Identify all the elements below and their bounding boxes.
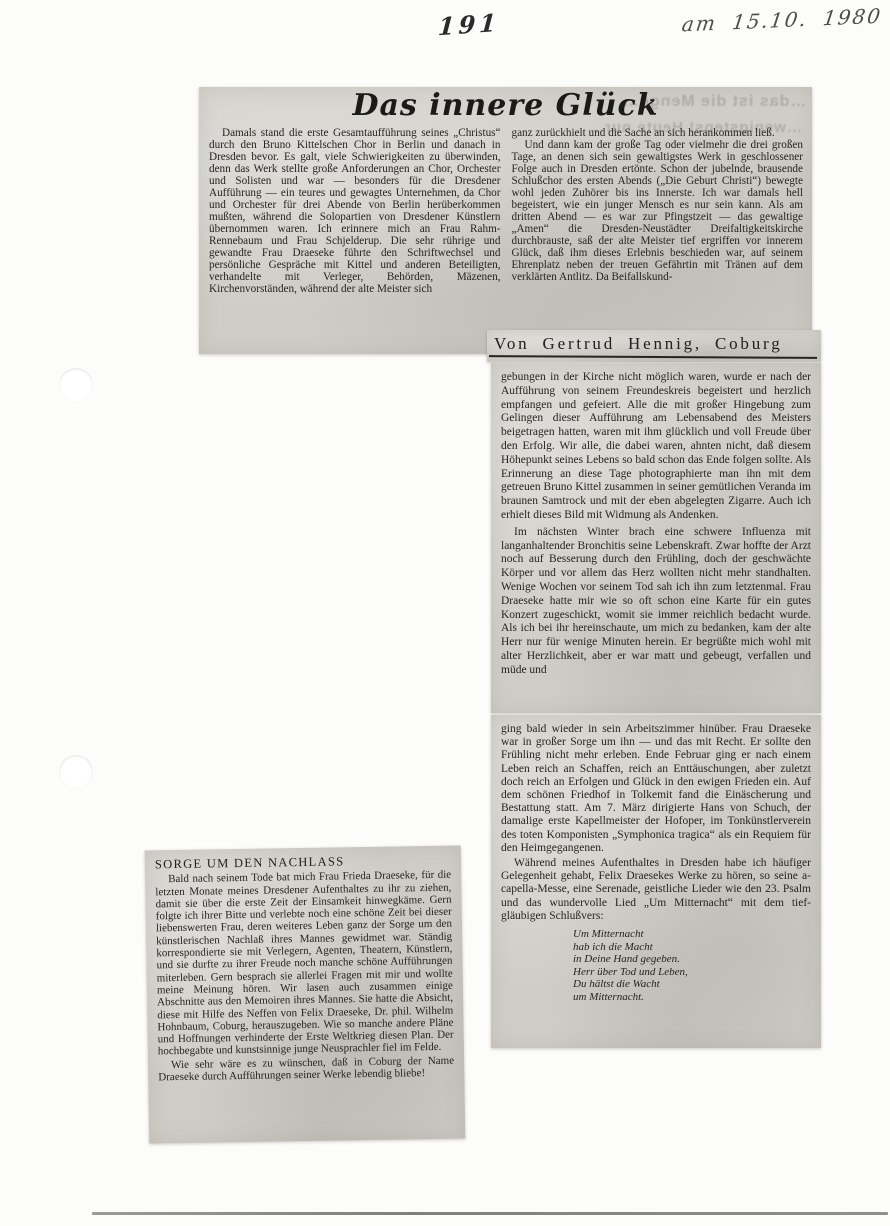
newsprint-column-right: ganz zurückhielt und die Sache an sich h… (512, 127, 804, 295)
paragraph: gebungen in der Kirche nicht möglich war… (501, 371, 811, 523)
handwritten-page-number: 191 (437, 8, 501, 42)
paragraph: Und dann kam der große Tag oder vielmehr… (512, 139, 804, 283)
clipping-hennig-body: gebungen in der Kirche nicht möglich war… (491, 363, 821, 713)
paragraph: ging bald wieder in sein Arbeitszimmer h… (501, 723, 811, 855)
punch-hole-bottom (59, 755, 93, 789)
clipping-das-innere-glueck: …das ist die Menge… …wenigstens! Heute n… (199, 87, 812, 354)
scanned-scrapbook-page: 191 am 15.10. 1980 …das ist die Menge… …… (0, 0, 890, 1226)
poem-line: um Mitternacht. (573, 991, 811, 1004)
paragraph: Damals stand die erste Gesamtaufführung … (209, 127, 501, 295)
article-title: Das innere Glück (199, 88, 812, 123)
paragraph: Wie sehr wäre es zu wünschen, daß in Cob… (158, 1054, 454, 1083)
handwritten-date: am 15.10. 1980 (681, 4, 884, 37)
poem-um-mitternacht: Um Mitternacht hab ich die Macht in Dein… (573, 928, 811, 1004)
poem-line: in Deine Hand gegeben. (573, 953, 811, 966)
byline-underline (489, 355, 817, 359)
punch-hole-top (59, 368, 93, 402)
byline-text: Von Gertrud Hennig, Coburg (494, 334, 783, 354)
poem-line: Herr über Tod und Leben, (573, 966, 811, 979)
paragraph: Während meines Aufenthaltes in Dresden h… (501, 857, 811, 923)
clipping-final-body: ging bald wieder in sein Arbeitszimmer h… (491, 715, 821, 1048)
poem-line: Du hältst die Wacht (573, 978, 811, 991)
article-columns: Damals stand die erste Gesamtaufführung … (209, 127, 803, 295)
byline-clipping: Von Gertrud Hennig, Coburg (487, 330, 821, 362)
paragraph: Im nächsten Winter brach eine schwere In… (501, 526, 811, 678)
newsprint-column-left: Damals stand die erste Gesamtaufführung … (209, 127, 501, 295)
clipping-nachlass: SORGE UM DEN NACHLASS Bald nach seinem T… (145, 846, 466, 1144)
poem-line: Um Mitternacht (573, 928, 811, 941)
paragraph: ganz zurückhielt und die Sache an sich h… (512, 127, 804, 139)
poem-line: hab ich die Macht (573, 941, 811, 954)
section-heading: SORGE UM DEN NACHLASS (155, 854, 451, 871)
scan-edge-line (92, 1212, 888, 1215)
paragraph: Bald nach seinem Tode bat mich Frau Frie… (155, 869, 454, 1058)
